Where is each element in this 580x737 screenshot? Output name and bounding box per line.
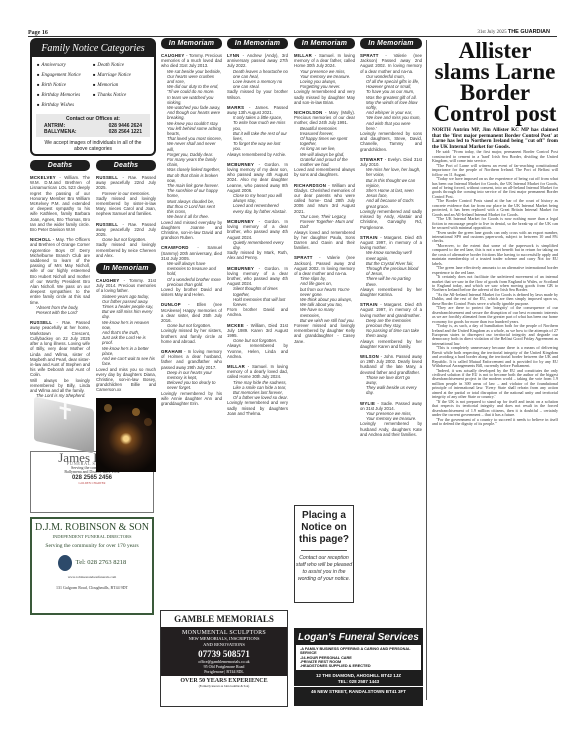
notice-closing: Lovingly missed by her sisters, brothers…	[161, 328, 222, 344]
verse-line: We never shall and never will,	[167, 141, 222, 151]
notice-verse: Your presence we miss,Your memory we tre…	[294, 69, 355, 90]
notice-item: CAUGHEY - Tommy. 31st July 2014. Preciou…	[96, 278, 156, 392]
verse-line: 'We love and miss you mum,	[366, 115, 422, 120]
notice-item: DUNLOP - Ellen (nee McAleese) Happy memo…	[161, 302, 222, 344]
article-paragraph: He said: "From today, the first major, p…	[432, 150, 558, 163]
categories-list: AnniversaryDeath NoticeEngagement Notice…	[32, 57, 154, 112]
notice-body: - William. The W.M. D.M.and Brethren of …	[30, 175, 90, 232]
notice-item: SPRATT - Valerie (nee Jackson). Passed a…	[294, 255, 355, 343]
notice-item: STRAIN - Margaret. Died 4th August 1997,…	[360, 235, 422, 297]
notice-body: - Gordon. In loving memory of my dear so…	[227, 162, 288, 193]
verse-line: We miss her love, her laugh, her voice,	[366, 167, 422, 177]
verse-line: But thou O Lord has sent this cross,	[167, 204, 222, 214]
notice-item: MCKELVEY - William. The W.M. D.M.and Bre…	[30, 175, 90, 232]
verse-line: There will be no parting there.	[366, 276, 422, 286]
notice-text: MCKEE - William, Died 31st July 1989. Ka…	[227, 323, 288, 339]
category-item: Thanks Notice	[93, 91, 149, 100]
category-item: Engagement Notice	[37, 71, 93, 80]
notice-closing: Always remembered by her daughter Katrin…	[360, 287, 422, 297]
verse-line: Those we love don't go away,	[366, 375, 422, 385]
deaths-column-2: Deaths RUSSELL - Rae. Passed away peacef…	[96, 160, 156, 472]
office-name: BALLYMENA:	[44, 129, 77, 135]
contact-title: Contact our Offices at:	[44, 116, 142, 122]
notice-item: RUSSELL - Rae. Passed away peacefully 22…	[96, 222, 156, 258]
memoriam-column-4: In Memoriam LYNN - Andrew (Andy), 3rd an…	[227, 38, 288, 421]
in-memoriam-header: In Memoriam	[96, 263, 156, 274]
notice-verse: Our wonderful mum,Of all the special gif…	[360, 74, 422, 131]
article-paragraph: "Even under the green lane goods can onl…	[432, 231, 558, 244]
deaths-column-1: Deaths MCKELVEY - William. The W.M. D.M.…	[30, 160, 90, 615]
notice-item: STRAIN - Margaret. Died 4th August 1997,…	[360, 302, 422, 349]
ad-name: GAMBLE MEMORIALS	[161, 611, 287, 627]
article-paragraph: "The Port of Larne will witness an event…	[432, 164, 558, 177]
notice-closing: Always loved and remembered by her daugh…	[294, 230, 355, 251]
notice-text: RICHARDSON - William and Gladys. Cherish…	[294, 183, 355, 214]
notice-verse: Time may hide the sadness,Like a smile c…	[227, 380, 288, 401]
notice-item: MCBURNEY - Gordon. In loving memory of m…	[227, 162, 288, 214]
ad-phone: TEL: 028 2587 1443	[294, 679, 423, 685]
notices: RUSSELL - Rae. Passed away peacefully 22…	[96, 175, 156, 258]
notice-verse: Your presence we miss,Your memory we tre…	[360, 411, 422, 421]
ad-phone-row: Tel: 028 2763 8218	[32, 555, 152, 571]
article-paragraph: "As the All-Ireland Internal Market for …	[432, 293, 558, 306]
verse-line: In tears we watched you sinking,	[167, 95, 222, 105]
notice-closing: Loved by brother David and sisters May a…	[161, 287, 222, 297]
verse-line: 'Our Love, Their Legacy, Forever Togethe…	[300, 214, 355, 230]
notice-item: RUSSELL - Rae. Passed away peacefully 22…	[96, 175, 156, 217]
verse-line: But oh that chain is broken now,	[167, 173, 222, 183]
notice-item: GRAHAM - In loving memory of Holmes a de…	[161, 349, 222, 406]
notice-item: NICHOLSON - Mary (Molly). Precious memor…	[294, 110, 355, 178]
notice-item: MILLAR - Samuel. In loving memory of a d…	[294, 53, 355, 105]
deaths-header: Deaths	[30, 160, 90, 171]
verse-line: She's Home at last, seen Jesus face,	[366, 188, 422, 198]
verse-line: 'Absent from the body, Present with the …	[36, 305, 90, 315]
notice-item: MARRS - James. Passed away 13th August 2…	[227, 105, 288, 157]
verse-line: Silent thoughts of times together,	[233, 286, 288, 296]
bible-image	[34, 397, 94, 454]
notice-closing: Sadly missed by your brother Wilson.	[227, 89, 288, 99]
date-text: 31st July 2025	[477, 30, 506, 35]
notice-item: CAUGHEY - Tommy. Precious memories of a …	[161, 53, 222, 240]
notice-verse: Silent thoughts of times together,Hold m…	[227, 286, 288, 307]
notice-text: GRAHAM - In loving memory of Holmes a de…	[161, 349, 222, 370]
verse-line: We know someday we'll meet again,	[366, 250, 422, 260]
verse-line: Deep are the memories precious they stay…	[366, 318, 422, 328]
contact-offices: Contact our Offices at: ANTRIM:028 9446 …	[36, 114, 150, 137]
verse-line: To have you as our mum,	[366, 89, 422, 94]
memoriam-column-5: In Memoriam MILLAR - Samuel. In loving m…	[294, 38, 355, 349]
verse-line: Hold memories that will last forever.	[233, 297, 288, 307]
notice-closing: Lovingly remembered and very sadly misse…	[227, 400, 288, 416]
category-item: Marriage Notice	[93, 71, 149, 80]
family-notice-categories-box: Family Notice Categories AnniversaryDeat…	[30, 38, 156, 156]
verse-line: And we can't wait to see his face.	[102, 356, 156, 366]
verse-line: But in this thought we can rejoice,	[366, 178, 422, 188]
verse-line: And though our hearts were breaking,	[167, 110, 222, 120]
notice-text: MILLAR - Samuel. In loving memory of a d…	[227, 364, 288, 380]
verse-line: Was closely linked together,	[167, 167, 222, 172]
verse-line: Death leaves a heartache no one can heal…	[233, 69, 288, 79]
notices: SPRATT - Valerie (nee Jackson) Passed aw…	[360, 53, 422, 437]
notice-verse: We miss her love, her laugh, her voice,B…	[360, 167, 422, 209]
notice-item: RUSSELL - Rae. Passed away peacefully at…	[30, 320, 90, 398]
ad-subtitle: INDEPENDENT FUNERAL DIRECTORS	[32, 534, 152, 539]
notice-item: MCBURNEY - Gordon. In loving memory of a…	[227, 266, 288, 318]
verse-line: May the winds of love blow softly,	[366, 100, 422, 110]
ad-phone: Tel: 028 2763 8218	[76, 560, 127, 565]
notice-text: MARRS - James. Passed away 13th August 2…	[227, 105, 288, 115]
gamble-memorials-ad[interactable]: GAMBLE MEMORIALS MONUMENTAL SCULPTORS NE…	[160, 610, 288, 707]
notice-body: - Rae. Passed away peacefully at her hom…	[30, 320, 90, 377]
notice-body: - William and Gladys. Cherished memories…	[294, 183, 355, 214]
notice-text: MCKELVEY - William. The W.M. D.M.and Bre…	[30, 175, 90, 232]
deaths-header: Deaths	[96, 160, 156, 171]
notice-text: STRAIN - Margaret. Died 4th August 1997,…	[360, 235, 422, 251]
notice-item: CRAWFORD - Samuel (Sammy) 20th anniversa…	[161, 245, 222, 297]
notice-verse: Close to my heart you will always stay,L…	[227, 193, 288, 214]
logans-funeral-ad[interactable]: Logan's Funeral Services -A FAMILY BUSIN…	[294, 628, 423, 706]
verse-line: And wish that you were here.'	[366, 121, 422, 131]
notice-verse: Those we love don't go away,They walk be…	[360, 375, 422, 396]
notice-item: MILLAR - Samuel. In loving memory of a d…	[227, 364, 288, 416]
notice-item: SPRATT - Valerie (nee Jackson) Passed aw…	[360, 53, 422, 152]
notice-text: LYNN - Andrew (Andy), 3rd anniversary pa…	[227, 53, 288, 69]
notice-text: RUSSELL - Rae. Passed away peacefully 22…	[96, 222, 156, 238]
verse-line: Beautiful memories treasured forever,	[300, 126, 355, 136]
article-paragraph: "Indeed, it was actually developed by th…	[432, 369, 558, 400]
verse-line: Grateful and proud of the mother we had.	[300, 157, 355, 167]
verse-line: Of a wonderful brother more precious tha…	[167, 277, 222, 287]
ad-address-block: 12 THE DIAMOND, AHOGHILL BT42 1JZ TEL: 0…	[294, 673, 423, 685]
in-memoriam-header: In Memoriam	[294, 38, 355, 49]
article-paragraph: "They are there to protect the 'integrit…	[432, 306, 558, 324]
verse-line: The sunshine of our happy home,	[167, 188, 222, 198]
notice-text: MILLAR - Samuel. In loving memory of a d…	[294, 53, 355, 69]
ad-line: AND RENOVATIONS	[161, 642, 287, 648]
notice-item: WYLIE - Sadie. Passed away on 31st July …	[360, 401, 422, 437]
placing-notice-box: Placing a Notice on this page? Contact o…	[294, 505, 354, 603]
verse-line: We know he's in Heaven now,	[102, 320, 156, 330]
category-item: Birthday Wishes	[37, 101, 93, 110]
verse-line: Quietly remembered every day.	[233, 240, 288, 250]
notice-verse: Death leaves a heartache no one can heal…	[227, 69, 288, 90]
notice-text: MCBURNEY - Gordon. In loving memory of m…	[227, 162, 288, 193]
ad-address: 46 NEW STREET, RANDALSTOWN BT41 3FT	[294, 686, 423, 694]
placing-body: Contact our reception staff who will be …	[295, 555, 353, 583]
article-paragraph: "This is completely unnecessary because …	[432, 346, 558, 368]
verse-line: The Lord is my Shepherd.	[36, 393, 90, 398]
notice-item: STEWART - Evelyn. Died 31st July 2010.We…	[360, 157, 422, 230]
memoriam-column-6: In Memoriam SPRATT - Valerie (nee Jackso…	[360, 38, 422, 442]
notice-text: DUNLOP - Ellen (nee McAleese) Happy memo…	[161, 302, 222, 323]
notice-verse: It only takes a little space,To write ho…	[227, 115, 288, 151]
ad-services-list: -A FAMILY BUSINESS OFFERING A CARING AND…	[296, 645, 421, 670]
verse-line: 'Til we could do no more.	[167, 89, 222, 94]
notice-text: CAUGHEY - Tommy. 31st July 2014. Preciou…	[96, 278, 156, 294]
notice-closing: Lovingly remembered by husband Andy, dau…	[360, 421, 422, 437]
notice-verse: Time slips by,And life goes on,but from …	[294, 276, 355, 323]
notice-item: RICHARDSON - William and Gladys. Cherish…	[294, 183, 355, 251]
ad-address: 131 Galgorm Road, Cloughmills, BT44 9DT	[32, 585, 152, 590]
memoriam-column-3: In Memoriam CAUGHEY - Tommy. Precious me…	[161, 38, 222, 411]
placing-title: Placing a Notice on this page?	[295, 510, 353, 546]
notice-body: - May. The Officers and Brethren of Gran…	[30, 237, 90, 304]
ad-line: Serving the community for over 170 years	[32, 544, 152, 549]
verse-line: Of happy times we spent together,	[300, 136, 355, 146]
notice-closing: Lovingly remembered and sadly missed by …	[360, 209, 422, 230]
ad-name: Logan's Funeral Services	[294, 628, 423, 645]
ad-name: D.J.M. ROBINSON & SON	[32, 525, 152, 530]
ad-website: www.robinsonandsonfunerals.com	[32, 575, 152, 580]
notice-closing: Will always be lovingly remembered by Bi…	[30, 378, 90, 394]
verse-line: You left behind some aching hearts,	[167, 126, 222, 136]
notice-closing: Lovingly remembered and very sadly misse…	[294, 89, 355, 105]
verse-line: We will always have memories to treasure…	[167, 261, 222, 277]
category-item: Anniversary	[37, 61, 93, 70]
notice-closing: Always remembered by Archie.	[227, 152, 288, 157]
category-item: Death Notice	[93, 61, 149, 70]
verse-line: For many years the family chain,	[167, 157, 222, 167]
verse-line: And all because of God's great grace.	[366, 198, 422, 208]
publication-name: THE GUARDIAN	[508, 29, 550, 35]
verse-line: But we still miss him every day.	[102, 309, 156, 319]
article-lead: NORTH Antrim MP, Jim Allister KC MP has …	[432, 128, 558, 150]
column-rule	[426, 40, 427, 700]
ad-address: Portglenone | BT44 8DL	[161, 669, 287, 674]
article-paragraph: "If the UK is not prepared to stand up f…	[432, 400, 558, 418]
category-item: Memorian	[93, 81, 149, 90]
notice-text: NICHOLSON - Mary (Molly). Precious memor…	[294, 110, 355, 126]
article-paragraph: "Today we have imposed on us the experie…	[432, 177, 558, 199]
notice-verse: We sat beside your bedside,Our hearts we…	[161, 69, 222, 220]
notice-closing: Always remembered by Yvonne, Helen, Lind…	[227, 343, 288, 359]
notice-closing: Sadly missed by Mark, Ruth, Alex and Pen…	[227, 250, 288, 260]
notice-item: MCKEE - William, Died 31st July 1989. Ka…	[227, 323, 288, 359]
notice-closing: Loved and miss you so much every day by …	[96, 367, 156, 393]
verse-line: To forget the way we lost you.	[233, 141, 288, 151]
notice-text: MCBURNEY - Gordon. In loving memory of a…	[227, 219, 288, 240]
ad-footer-note: (Formerly known as John Gamble & Son)	[161, 684, 287, 688]
in-memoriam-header: In Memoriam	[161, 38, 222, 49]
notice-closing: Loved and missed everyday by daughters J…	[161, 220, 222, 241]
notices: CAUGHEY - Tommy. 31st July 2014. Preciou…	[96, 278, 156, 392]
divider	[301, 550, 347, 551]
notice-closing: Always remembered by her daughter Karen …	[360, 339, 422, 349]
notice-item: NICHOLL - May. The Officers and Brethren…	[30, 237, 90, 315]
notice-closing: Lovingly remembered by sons and daughter…	[360, 131, 422, 152]
crest-icon	[58, 555, 72, 571]
verse-line: We know he's in a better place,	[102, 346, 156, 356]
notice-text: SPRATT - Valerie (nee Jackson). Passed a…	[294, 255, 355, 276]
notice-verse: Sixteen years ago today,Our father passe…	[96, 294, 156, 367]
verse-line: We have so many memories,	[300, 307, 355, 317]
categories-note: We accept images of individuals in all o…	[32, 139, 154, 153]
notice-text: MCBURNEY - Gordon. In loving memory of a…	[227, 266, 288, 287]
notice-text: RUSSELL - Rae. Passed away peacefully at…	[30, 320, 90, 377]
notice-text: CAUGHEY - Tommy. Precious memories of a …	[161, 53, 222, 69]
notice-verse: Deep are the memories precious they stay…	[360, 318, 422, 339]
ad-phone: 07739 508571	[161, 649, 287, 659]
notice-text: SPRATT - Valerie (nee Jackson) Passed aw…	[360, 53, 422, 74]
service-item: -A FAMILY BUSINESS OFFERING A CARING AND…	[300, 647, 417, 656]
notice-closing: Forever missed and lovingly remembered b…	[294, 323, 355, 344]
ad-dark-block: MONUMENTAL SCULPTORS NEW MEMORIALS, INSC…	[161, 627, 287, 676]
verse-line: Deep in our hearts your memory is kept,	[167, 370, 222, 380]
notice-verse: Deep in our hearts your memory is kept,B…	[161, 370, 222, 391]
article-headline: Allister slams Larne Border Control post	[432, 40, 558, 124]
category-item: Birth Notice	[37, 81, 93, 90]
article-paragraph: "It certainly does not facilitate the un…	[432, 275, 558, 293]
notice-item: WILSON - John. Passed away on 29th July …	[360, 354, 422, 396]
article-paragraph: "The UK Internal Market for Goods is now…	[432, 217, 558, 230]
service-item: -HEADSTONES SUPPLIED & ERECTED	[300, 664, 417, 668]
office-ballymena: BALLYMENA:028 2564 1221	[44, 129, 142, 135]
candle-image	[96, 398, 156, 472]
notice-text: WYLIE - Sadie. Passed away on 31st July …	[360, 401, 422, 411]
verse-line: Just ask the Lord He is proof.	[102, 335, 156, 345]
notices: LYNN - Andrew (Andy), 3rd anniversary pa…	[227, 53, 288, 416]
notice-text: NICHOLL - May. The Officers and Brethren…	[30, 237, 90, 305]
notice-verse: Beautiful memories treasured forever,Of …	[294, 126, 355, 168]
notice-closing: From brother David and Andrea.	[227, 307, 288, 317]
in-memoriam-header: In Memoriam	[227, 38, 288, 49]
verse-line: Beloved you too dearly to never forget.	[167, 380, 222, 390]
notice-closing: Lovingly remembered by his wife Annie da…	[161, 391, 222, 407]
notice-item: MCBURNEY - Gordon. In loving memory of a…	[227, 219, 288, 261]
verse-line: But it will take the rest of our lives,	[233, 131, 288, 141]
notice-closing: Loved and remembered always by sons and …	[294, 167, 355, 177]
page-date: 31st July 2025 THE GUARDIAN	[477, 29, 550, 35]
verse-line: Close to my heart you will always stay,	[233, 193, 288, 203]
notice-text: STRAIN - Margaret. Died 4th August 1997,…	[360, 302, 422, 318]
article-paragraph: "Moreover, to the extent that some of th…	[432, 244, 558, 266]
notice-item: LYNN - Andrew (Andy), 3rd anniversary pa…	[227, 53, 288, 100]
verse-line: They walk beside us every day.	[366, 385, 422, 395]
article-paragraph: "Today is, as such, a day of humiliation…	[432, 324, 558, 346]
notice-verse: 'Absent from the body, Present with the …	[30, 305, 90, 315]
top-rule	[28, 36, 557, 37]
news-article: Allister slams Larne Border Control post…	[432, 40, 558, 426]
notice-text: RUSSELL - Rae. Passed away peacefully 22…	[96, 175, 156, 191]
category-item: Birthday Memories	[37, 91, 93, 100]
verse-line: Loved and remembered every day, by fathe…	[233, 203, 288, 213]
in-memoriam-header: In Memoriam	[360, 38, 422, 49]
verse-line: but from our hearts You're never gone.	[300, 287, 355, 297]
article-paragraph: "The Border Control Posts stand at the b…	[432, 199, 558, 217]
notices: CAUGHEY - Tommy. Precious memories of a …	[161, 53, 222, 406]
notice-text: CRAWFORD - Samuel (Sammy) 20th anniversa…	[161, 245, 222, 261]
notices: MCKELVEY - William. The W.M. D.M.and Bre…	[30, 175, 90, 398]
notice-verse: 'Our Love, Their Legacy, Forever Togethe…	[294, 214, 355, 230]
article-body: He said: "From today, the first major, p…	[432, 150, 558, 426]
notice-text: STEWART - Evelyn. Died 31st July 2010.	[360, 157, 422, 167]
notice-verse: We know someday we'll meet again,But the…	[360, 250, 422, 286]
verse-line: Through the precious blood of Jesus,	[366, 266, 422, 276]
verse-line: Love leaves a memory no one can steal.	[233, 79, 288, 89]
djm-robinson-ad[interactable]: D.J.M. ROBINSON & SON INDEPENDENT FUNERA…	[30, 517, 154, 615]
verse-line: To write how much we miss you,	[233, 120, 288, 130]
notice-closing: Sadly missed and lovingly remembered by …	[96, 196, 156, 217]
verse-line: No passing of time can take them away.	[366, 328, 422, 338]
notice-verse: Quietly remembered every day.	[227, 240, 288, 250]
notice-text: WILSON - John. Passed away on 29th July …	[360, 354, 422, 375]
ad-footer: OVER 50 YEARS EXPERIENCE	[161, 676, 287, 684]
categories-title: Family Notice Categories	[32, 40, 154, 57]
notice-closing: Sadly missed and lovingly remembered by …	[96, 242, 156, 258]
golden-charter-badge: GOLDEN CHARTER	[31, 481, 153, 486]
article-paragraph: "For the government of a country to succ…	[432, 418, 558, 427]
office-phone: 028 2564 1221	[109, 129, 142, 135]
notice-verse: We will always have memories to treasure…	[161, 261, 222, 287]
verse-line: Our hearts were crushes and sore,	[167, 74, 222, 84]
notices: MILLAR - Samuel. In loving memory of a d…	[294, 53, 355, 344]
